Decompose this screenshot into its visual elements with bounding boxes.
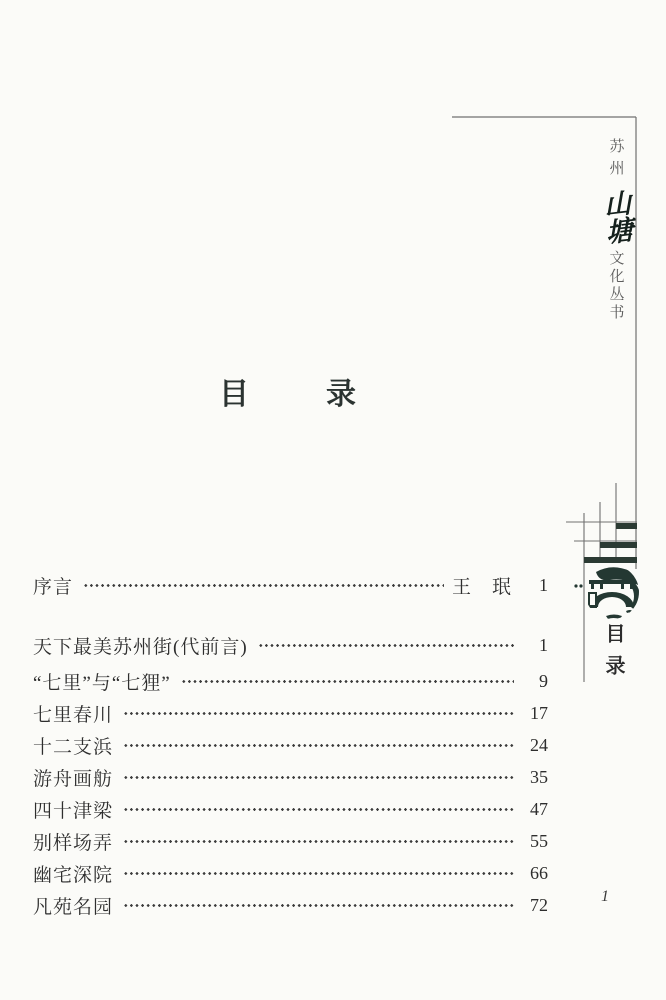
entry-page-number: 17 <box>522 703 548 724</box>
toc-entry: 十二支浜24 <box>33 729 548 761</box>
entry-page-number: 66 <box>522 863 548 884</box>
entry-page-number: 1 <box>522 575 548 596</box>
series-suffix-label: 文化丛书 <box>606 250 627 322</box>
entry-title: 序言 <box>33 572 73 599</box>
toc-entry: 天下最美苏州街(代前言)1 <box>33 629 548 661</box>
toc-entry: 凡苑名园72 <box>33 889 548 921</box>
series-logo-calligraphy: 山塘 <box>595 188 638 247</box>
toc-entry: 游舟画舫35 <box>33 761 548 793</box>
entry-page-number: 24 <box>522 735 548 756</box>
toc-entry: “七里”与“七狸”9 <box>33 665 548 697</box>
entry-page-number: 55 <box>522 831 548 852</box>
entry-title: 七里春川 <box>33 700 113 727</box>
dot-leader <box>123 711 514 716</box>
series-region-label: 苏州 <box>606 138 627 182</box>
entry-title: 别样场弄 <box>33 828 113 855</box>
toc-entry: 七里春川17 <box>33 697 548 729</box>
dot-leader <box>123 839 514 844</box>
entry-title: 四十津梁 <box>33 796 113 823</box>
dot-leader <box>123 775 514 780</box>
page-number: 1 <box>601 888 609 906</box>
dot-leader <box>123 743 514 748</box>
book-toc-page: 苏州 山塘 文化丛书 目录 序言王 珉1天下最美苏州街(代前言)1“七里”与“七… <box>0 0 666 1000</box>
page-title: 目录 <box>219 369 433 413</box>
dot-leader <box>123 903 514 908</box>
entry-page-number: 72 <box>522 895 548 916</box>
section-tab-label: 目录 <box>599 623 628 687</box>
dot-leader <box>181 679 514 684</box>
toc-entry: 四十津梁47 <box>33 793 548 825</box>
series-title: 苏州 山塘 文化丛书 <box>596 138 636 322</box>
entry-page-number: 35 <box>522 767 548 788</box>
entry-page-number: 9 <box>522 671 548 692</box>
entry-author: 王 珉 <box>452 572 512 599</box>
entry-title: 游舟画舫 <box>33 764 113 791</box>
toc-list: 序言王 珉1天下最美苏州街(代前言)1“七里”与“七狸”9七里春川17十二支浜2… <box>33 569 548 921</box>
entry-page-number: 47 <box>522 799 548 820</box>
dot-leader <box>123 871 514 876</box>
toc-entry: 别样场弄55 <box>33 825 548 857</box>
entry-title: 凡苑名园 <box>33 892 113 919</box>
entry-title: 十二支浜 <box>33 732 113 759</box>
entry-page-number: 1 <box>522 635 548 656</box>
toc-entry: 序言王 珉1 <box>33 569 548 601</box>
entry-title: 天下最美苏州街(代前言) <box>33 632 248 659</box>
dot-leader <box>258 643 514 648</box>
dot-leader <box>83 583 444 588</box>
toc-entry: 幽宅深院66 <box>33 857 548 889</box>
entry-title: 幽宅深院 <box>33 860 113 887</box>
dot-leader <box>123 807 514 812</box>
entry-title: “七里”与“七狸” <box>33 668 171 695</box>
